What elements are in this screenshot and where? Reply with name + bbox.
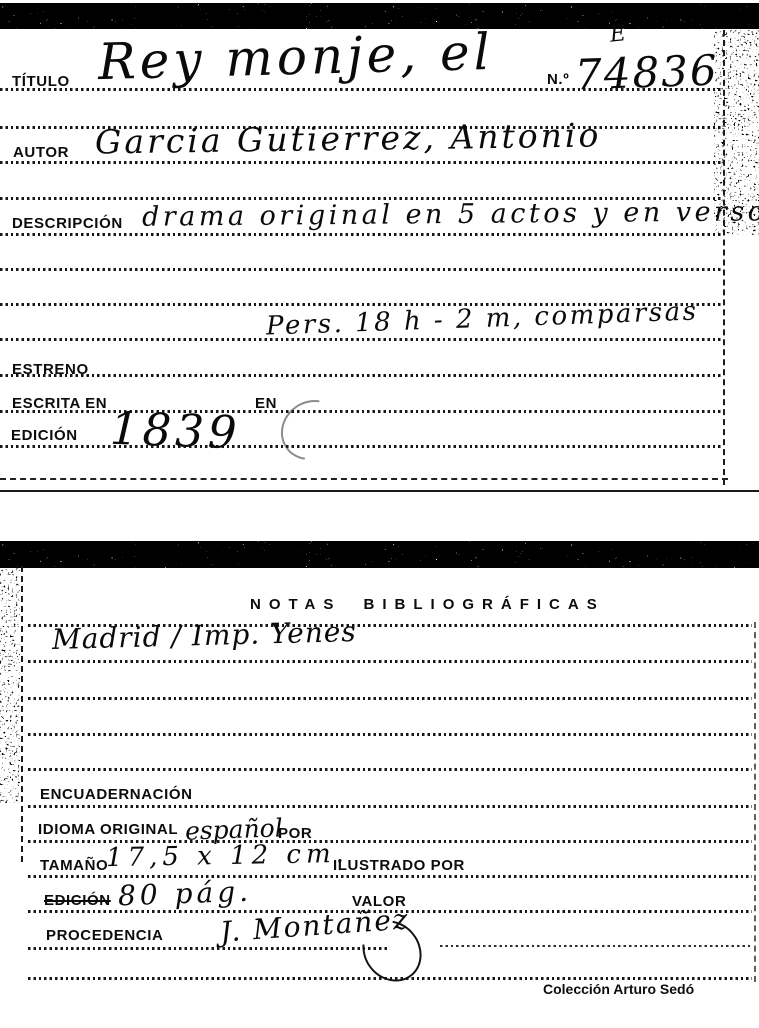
numero-label: N.º bbox=[547, 72, 569, 87]
ruled-line bbox=[0, 268, 722, 271]
notas-value: Madrid / Imp. Yenes bbox=[52, 618, 357, 654]
autor-label: AUTOR bbox=[13, 145, 69, 160]
ink-smudge bbox=[269, 388, 355, 472]
ruled-line bbox=[28, 805, 752, 808]
edicion-label: EDICIÓN bbox=[11, 428, 78, 443]
ruled-line bbox=[0, 338, 722, 341]
edicion-value: 80 pág. bbox=[118, 878, 253, 911]
card-right-edge bbox=[754, 622, 756, 982]
coleccion-credit: Colección Arturo Sedó bbox=[543, 982, 694, 996]
edicion-value: 1839 bbox=[109, 406, 241, 456]
ruled-line bbox=[0, 161, 722, 164]
ruled-line bbox=[0, 410, 722, 413]
encuadernacion-label: ENCUADERNACIÓN bbox=[40, 787, 193, 802]
numero-value: 74836 bbox=[574, 50, 719, 97]
ilustrado-por-label: ILUSTRADO POR bbox=[333, 858, 465, 873]
titulo-value: Rey monje, el bbox=[97, 27, 494, 87]
card-right-edge bbox=[723, 30, 725, 485]
edicion-label: EDICIÓN bbox=[44, 893, 111, 908]
numero-superscript: E bbox=[609, 23, 627, 47]
ruled-line bbox=[28, 660, 752, 663]
descripcion-label: DESCRIPCIÓN bbox=[12, 216, 123, 231]
ruled-line bbox=[0, 233, 722, 236]
idioma-original-label: IDIOMA ORIGINAL bbox=[38, 822, 178, 837]
front-card: TÍTULO N.º AUTOR DESCRIPCIÓN ESTRENO ESC… bbox=[0, 0, 759, 495]
scan-speckle-left bbox=[0, 568, 20, 803]
ruled-line bbox=[28, 733, 752, 736]
scan-cut-line bbox=[0, 490, 759, 492]
tamano-label: TAMAÑO bbox=[40, 858, 108, 873]
ruled-line bbox=[28, 768, 752, 771]
ruled-line bbox=[0, 445, 722, 448]
estreno-label: ESTRENO bbox=[12, 362, 89, 377]
ruled-line bbox=[28, 947, 388, 950]
en-label: EN bbox=[255, 396, 277, 411]
autor-value: Garcia Gutierrez, Antonio bbox=[95, 118, 602, 158]
ruled-line bbox=[440, 945, 752, 947]
procedencia-label: PROCEDENCIA bbox=[46, 928, 163, 943]
scanned-catalog-card-page: { "colors": { "ink": "#0d0d0d", "paper":… bbox=[0, 0, 759, 1028]
escrita-en-label: ESCRITA EN bbox=[12, 396, 107, 411]
notas-header: NOTAS BIBLIOGRÁFICAS bbox=[250, 597, 605, 612]
tamano-value: 17,5 x 12 cm. bbox=[106, 841, 349, 871]
back-card: NOTAS BIBLIOGRÁFICAS ENCUADERNACIÓN IDIO… bbox=[0, 495, 759, 1028]
scan-noise-band-top bbox=[0, 541, 759, 568]
ruled-line bbox=[28, 875, 752, 878]
ruled-line bbox=[0, 374, 722, 377]
card-bottom-edge bbox=[0, 478, 728, 480]
titulo-label: TÍTULO bbox=[12, 74, 70, 89]
descripcion-value: drama original en 5 actos y en verso bbox=[142, 198, 759, 230]
card-left-edge bbox=[21, 566, 23, 862]
ruled-line bbox=[28, 697, 752, 700]
